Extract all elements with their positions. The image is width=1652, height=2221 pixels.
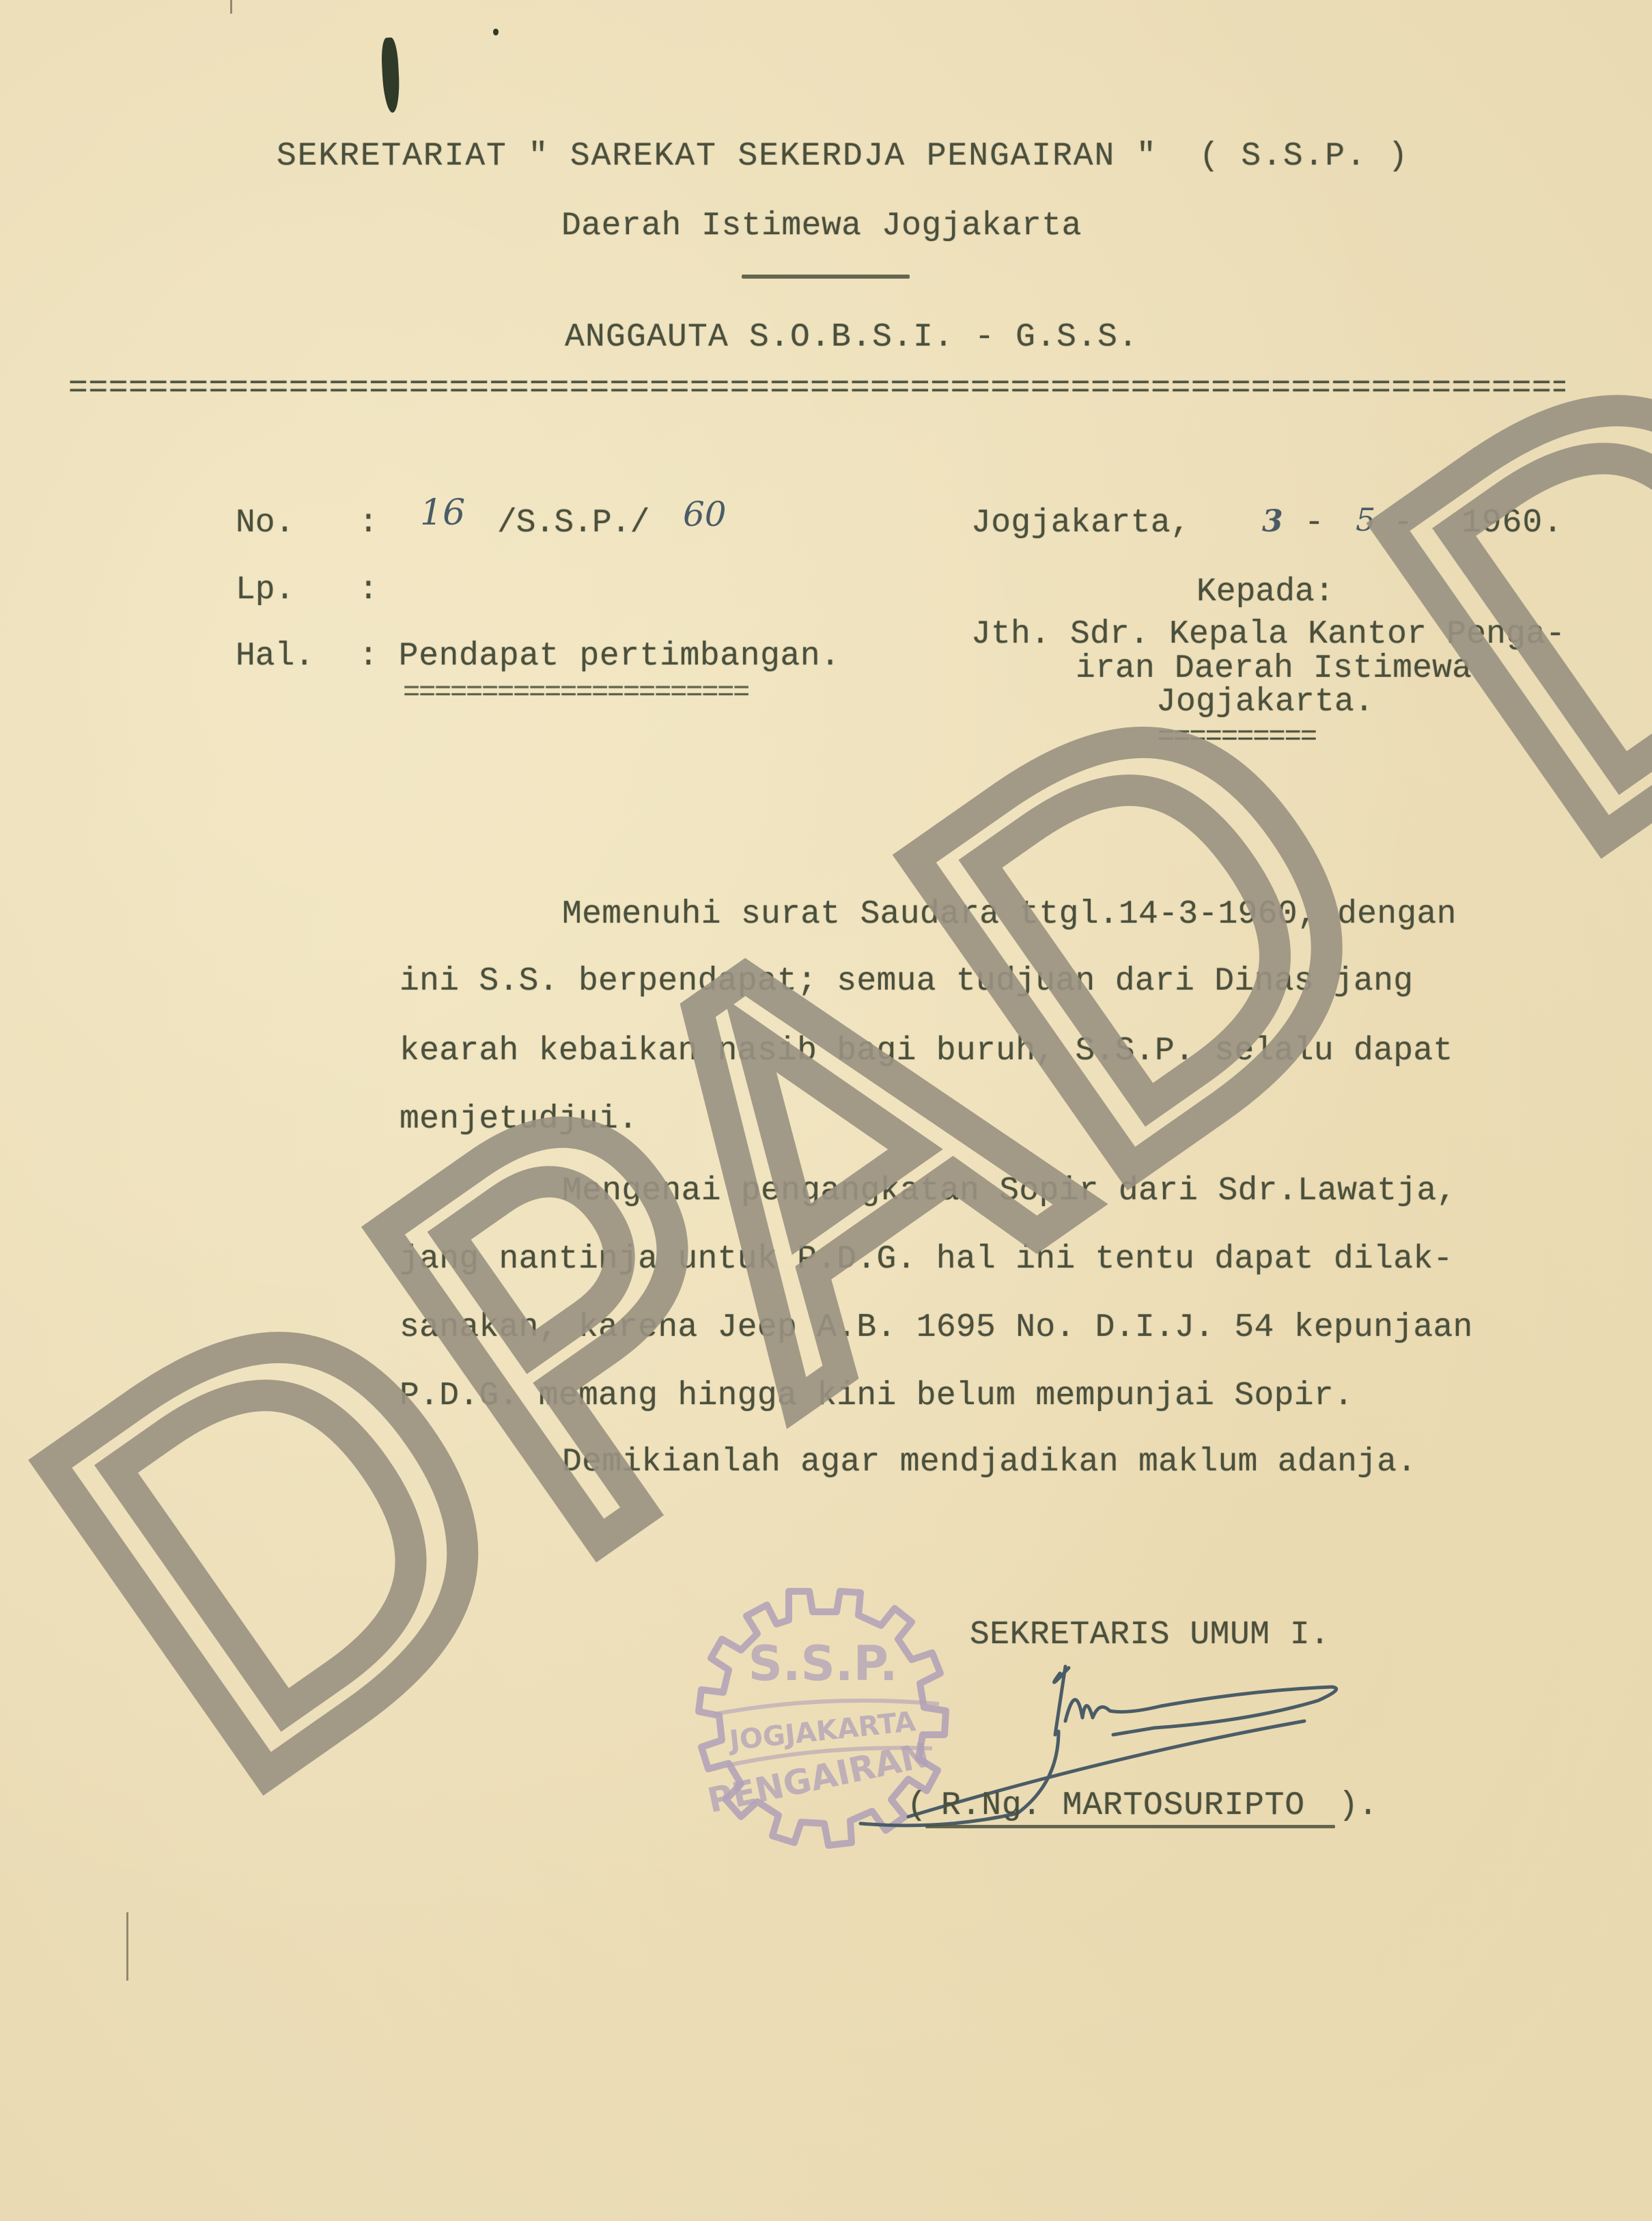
lp-colon: : bbox=[359, 574, 378, 606]
ink-speck bbox=[493, 29, 499, 36]
signatory-name-underline bbox=[925, 1825, 1335, 1828]
date-day-handwritten: 3 bbox=[1262, 507, 1283, 537]
body-p2-line-4: P.D.G. memang hingga kini belum mempunja… bbox=[400, 1380, 1354, 1412]
signatory-name-open: ( bbox=[907, 1789, 927, 1822]
no-colon: : bbox=[359, 507, 378, 540]
hal-label: Hal. bbox=[236, 640, 314, 673]
paper-mark bbox=[230, 0, 232, 14]
letterhead-title: SEKRETARIAT " SAREKAT SEKERDJA PENGAIRAN… bbox=[277, 140, 1409, 173]
no-number-handwritten: 16 bbox=[420, 495, 465, 531]
hal-value: : Pendapat pertimbangan. bbox=[359, 640, 841, 673]
recipient-underline: ========== bbox=[1158, 723, 1316, 751]
body-p2-line-1: Mengenai pengangkatan Sopir dari Sdr.Law… bbox=[562, 1175, 1457, 1207]
no-code: /S.S.P./ bbox=[497, 507, 649, 540]
body-p1-line-1: Memenuhi surat Saudara ttgl.14-3-1960, d… bbox=[562, 898, 1457, 931]
recipient-kepada: Kepada: bbox=[1196, 576, 1334, 609]
signatory-name-close: ). bbox=[1339, 1789, 1378, 1822]
signatory-title: SEKRETARIS UMUM I. bbox=[970, 1619, 1330, 1651]
body-p2-line-3: sanakan, karena Jeep A.B. 1695 No. D.I.J… bbox=[400, 1311, 1473, 1344]
margin-mark bbox=[126, 1912, 128, 1981]
date-sep-2: - bbox=[1393, 507, 1413, 540]
recipient-line-2: iran Daerah Istimewa bbox=[1076, 652, 1472, 685]
body-p3-line-1: Demikianlah agar mendjadikan maklum adan… bbox=[562, 1446, 1417, 1479]
date-sep-1: - bbox=[1304, 507, 1324, 540]
date-year: 1960. bbox=[1461, 507, 1563, 540]
letterhead-divider: ========================================… bbox=[68, 372, 1565, 405]
no-year-handwritten: 60 bbox=[683, 497, 727, 531]
no-label: No. bbox=[236, 507, 294, 540]
body-p1-line-4: menjetudjui. bbox=[400, 1103, 638, 1136]
date-month-handwritten: 5 bbox=[1356, 504, 1375, 535]
lp-label: Lp. bbox=[236, 574, 294, 606]
date-place: Jogjakarta, bbox=[971, 507, 1190, 540]
ink-blot bbox=[380, 37, 401, 113]
hal-underline: ====================== bbox=[403, 678, 748, 707]
signatory-name: R.Ng. MARTOSURIPTO bbox=[941, 1789, 1305, 1822]
recipient-line-1: Jth. Sdr. Kepala Kantor Penga- bbox=[971, 618, 1565, 651]
body-p1-line-2: ini S.S. berpendapat; semua tudjuan dari… bbox=[400, 965, 1413, 998]
body-p1-line-3: kearah kebaikan nasib bagi buruh, S.S.P.… bbox=[400, 1035, 1453, 1067]
letterhead-short-rule bbox=[742, 275, 910, 279]
body-p2-line-2: jang nantinja untuk P.D.G. hal ini tentu… bbox=[400, 1243, 1453, 1276]
letterhead-affiliation: ANGGAUTA S.O.B.S.I. - G.S.S. bbox=[565, 321, 1138, 354]
archival-letter-page: SEKRETARIAT " SAREKAT SEKERDJA PENGAIRAN… bbox=[0, 0, 1652, 2221]
letterhead-region: Daerah Istimewa Jogjakarta bbox=[561, 210, 1082, 242]
recipient-line-3: Jogjakarta. bbox=[1156, 686, 1374, 718]
